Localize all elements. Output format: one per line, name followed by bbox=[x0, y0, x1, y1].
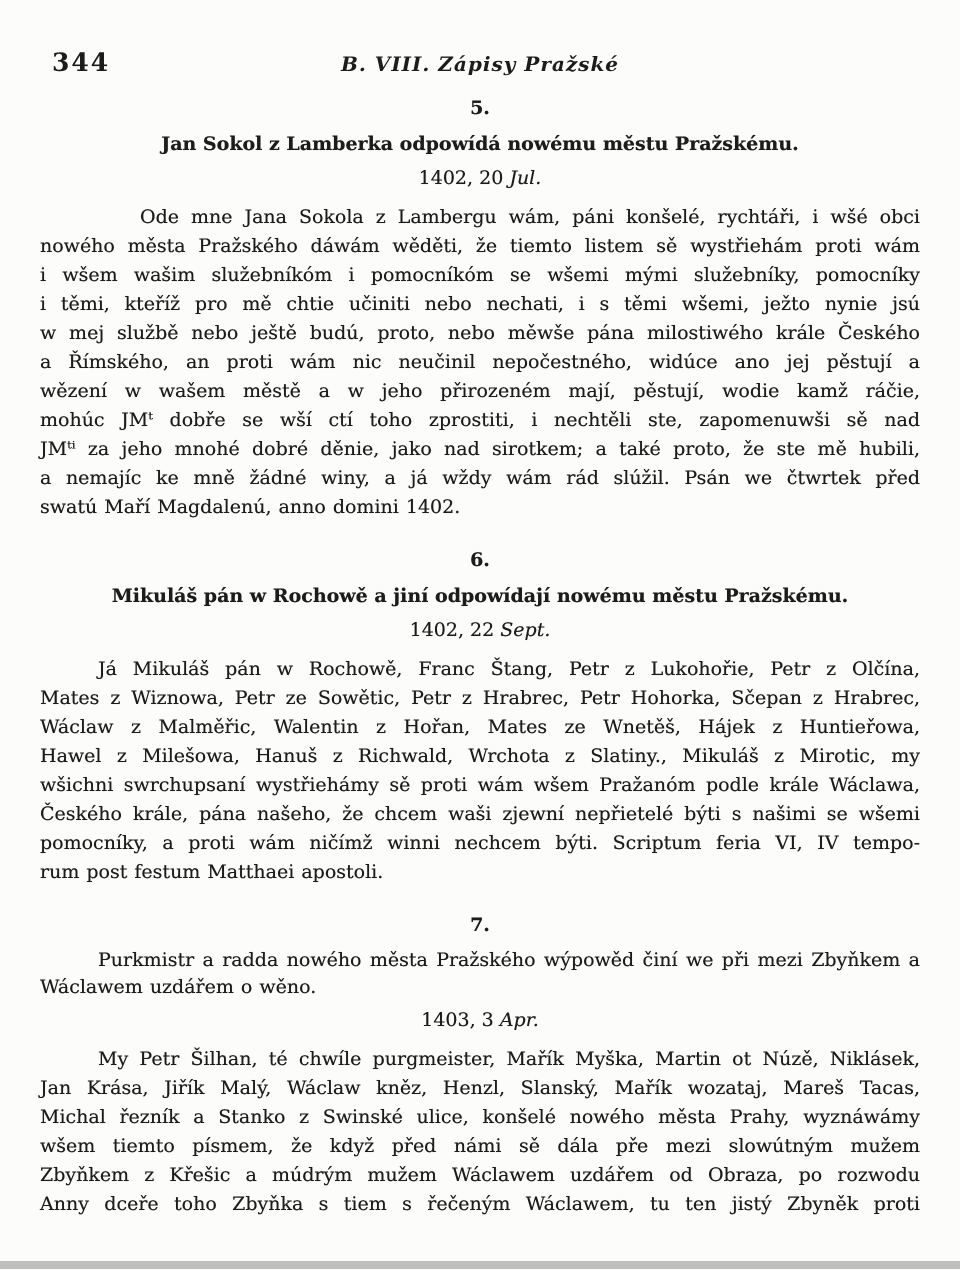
page-content: 5.Jan Sokol z Lamberka odpowídá nowému m… bbox=[40, 92, 920, 1219]
bottom-scan-bar bbox=[0, 1261, 960, 1269]
text-line: i těmi, kteříž pro mě chtie učiniti nebo… bbox=[40, 290, 920, 319]
text-line: Wáclaw z Malměřic, Walentin z Hořan, Mat… bbox=[40, 713, 920, 742]
text-line: Michal řezník a Stanko z Swinské ulice, … bbox=[40, 1103, 920, 1132]
text-line: Já Mikuláš pán w Rochowě, Franc Štang, P… bbox=[40, 655, 920, 684]
text-line: wšem tiemto písmem, že když před námi sě… bbox=[40, 1132, 920, 1161]
text-line: i wšem wašim služebníkóm i pomocníkóm se… bbox=[40, 261, 920, 290]
text-line: Ode mne Jana Sokola z Lambergu wám, páni… bbox=[40, 203, 920, 232]
text-line: w mej službě nebo ještě budú, proto, neb… bbox=[40, 319, 920, 348]
date-year-day: 1403, 3 bbox=[421, 1009, 494, 1031]
text-line: Anny dceře toho Zbyňka s tiem s řečeným … bbox=[40, 1190, 920, 1219]
text-line: JMᵗⁱ za jeho mnohé dobré děnie, jako nad… bbox=[40, 435, 920, 464]
text-line: nowého města Pražského dáwám wěděti, že … bbox=[40, 232, 920, 261]
running-header: B. VIII. Zápisy Pražské bbox=[0, 52, 960, 76]
record-section: 6.Mikuláš pán w Rochowě a jiní odpowídaj… bbox=[40, 546, 920, 887]
section-title-paragraph: Purkmistr a radda nowého města Pražského… bbox=[40, 947, 920, 1001]
record-section: 7.Purkmistr a radda nowého města Pražské… bbox=[40, 911, 920, 1219]
body-paragraph: My Petr Šilhan, té chwíle purgmeister, M… bbox=[40, 1045, 920, 1219]
body-paragraph: Ode mne Jana Sokola z Lambergu wám, páni… bbox=[40, 203, 920, 522]
text-line: a Římského, an proti wám nic neučinil ne… bbox=[40, 348, 920, 377]
date-year-day: 1402, 20 bbox=[419, 167, 504, 189]
body-paragraph: Já Mikuláš pán w Rochowě, Franc Štang, P… bbox=[40, 655, 920, 887]
text-line: swatú Maří Magdalenú, anno domini 1402. bbox=[40, 493, 920, 522]
section-date: 1403, 3 Apr. bbox=[40, 1006, 920, 1035]
section-number: 6. bbox=[40, 546, 920, 575]
text-line: Zbyňkem z Křešic a múdrým mužem Wáclawem… bbox=[40, 1161, 920, 1190]
text-line: a nemajíc ke mně žádné winy, a já wždy w… bbox=[40, 464, 920, 493]
date-year-day: 1402, 22 bbox=[410, 619, 495, 641]
heading-line: Purkmistr a radda nowého města Pražského… bbox=[40, 947, 920, 974]
text-line: rum post festum Matthaei apostoli. bbox=[40, 858, 920, 887]
text-line: My Petr Šilhan, té chwíle purgmeister, M… bbox=[40, 1045, 920, 1074]
section-number: 7. bbox=[40, 911, 920, 940]
section-date: 1402, 20 Jul. bbox=[40, 164, 920, 193]
text-line: Jan Krása, Jiřík Malý, Wáclaw kněz, Henz… bbox=[40, 1074, 920, 1103]
date-month: Apr. bbox=[500, 1009, 539, 1031]
text-line: wězení w wašem městě a w jeho přirozeném… bbox=[40, 377, 920, 406]
section-number: 5. bbox=[40, 94, 920, 123]
date-month: Sept. bbox=[500, 619, 550, 641]
text-line: wšichni swrchupsaní wystřiehámy sě proti… bbox=[40, 771, 920, 800]
section-title: Mikuláš pán w Rochowě a jiní odpowídají … bbox=[40, 582, 920, 611]
text-line: Českého krále, pána našeho, že chcem waš… bbox=[40, 800, 920, 829]
heading-line: Wáclawem uzdářem o wěno. bbox=[40, 974, 920, 1001]
record-section: 5.Jan Sokol z Lamberka odpowídá nowému m… bbox=[40, 94, 920, 522]
scanned-book-page: 344 B. VIII. Zápisy Pražské 5.Jan Sokol … bbox=[0, 0, 960, 1270]
text-line: mohúc JMᵗ dobře se wší ctí toho zprostit… bbox=[40, 406, 920, 435]
section-date: 1402, 22 Sept. bbox=[40, 616, 920, 645]
text-line: Hawel z Milešowa, Hanuš z Richwald, Wrch… bbox=[40, 742, 920, 771]
section-title: Jan Sokol z Lamberka odpowídá nowému měs… bbox=[40, 130, 920, 159]
text-line: pomocníky, a proti wám ničímž winni nech… bbox=[40, 829, 920, 858]
text-line: Mates z Wiznowa, Petr ze Sowětic, Petr z… bbox=[40, 684, 920, 713]
date-month: Jul. bbox=[509, 167, 541, 189]
